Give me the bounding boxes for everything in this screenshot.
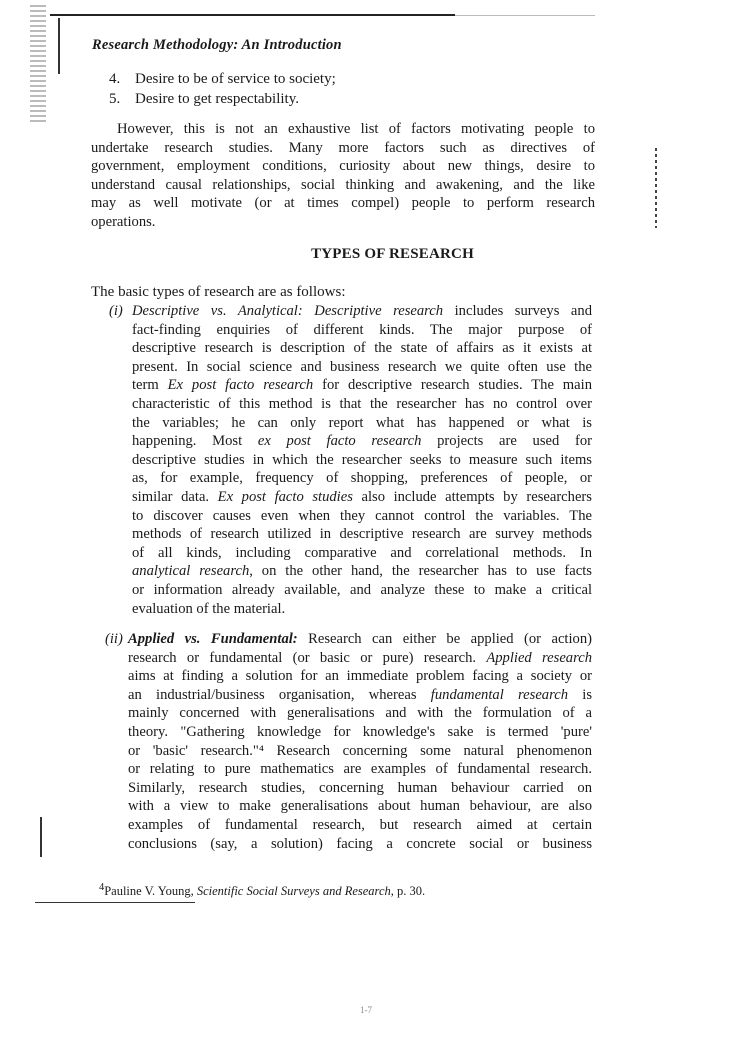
text-line: as, for example, frequency of shopping, …	[132, 469, 592, 488]
text: research or fundamental (or basic or pur…	[128, 650, 486, 666]
text: methods of research utilized in descript…	[132, 526, 592, 542]
footnote-tail: , p. 30.	[391, 884, 425, 898]
text-line: or information already available, and an…	[132, 581, 592, 600]
text: as, for example, frequency of shopping, …	[132, 470, 592, 486]
italic-text: ex post facto research	[258, 433, 422, 449]
text-line: present. In social science and business …	[132, 358, 592, 377]
text: an industrial/business organisation, whe…	[128, 687, 431, 703]
text-line: term Ex post facto research for descript…	[132, 376, 592, 395]
text: fact-finding enquiries of different kind…	[132, 322, 592, 338]
item-marker: (ii)	[105, 631, 123, 648]
text-line: examples of fundamental research, but re…	[128, 816, 592, 835]
text: to discover causes even when they cannot…	[132, 508, 592, 524]
running-head: Research Methodology: An Introduction	[92, 37, 342, 54]
text: mainly concerned with generalisations an…	[128, 705, 592, 721]
text-line: Applied vs. Fundamental: Research can ei…	[128, 630, 592, 649]
binding-shadow	[30, 5, 46, 125]
text-line: operations.	[91, 213, 595, 232]
italic-text: Descriptive research	[314, 303, 443, 319]
text: the variables; he can only report what h…	[132, 415, 592, 431]
text-line: fact-finding enquiries of different kind…	[132, 321, 592, 340]
text: , on the other hand, the researcher has …	[249, 563, 592, 579]
text-line: of all kinds, including comparative and …	[132, 544, 592, 563]
footnote: 4Pauline V. Young, Scientific Social Sur…	[99, 882, 425, 899]
list-text: Desire to get respectability.	[135, 91, 299, 107]
text: descriptive studies in which the researc…	[132, 452, 592, 468]
paragraph: However, this is not an exhaustive list …	[91, 120, 595, 232]
text-line: descriptive studies in which the researc…	[132, 451, 592, 470]
text-line: However, this is not an exhaustive list …	[91, 120, 595, 139]
footnote-title: Scientific Social Surveys and Research	[197, 884, 391, 898]
item-descriptive-analytical: Descriptive vs. Analytical: Descriptive …	[132, 302, 592, 618]
text: characteristic of this method is that th…	[132, 396, 592, 412]
italic-text: analytical research	[132, 563, 249, 579]
italic-text: Ex post facto studies	[218, 489, 353, 505]
text-line: mainly concerned with generalisations an…	[128, 704, 592, 723]
list-item: 4.Desire to be of service to society;	[109, 71, 336, 88]
margin-bar	[58, 18, 60, 74]
document-page: Research Methodology: An Introduction 4.…	[0, 0, 745, 1050]
item-title: Applied vs. Fundamental:	[128, 631, 298, 647]
text: aims at finding a solution for an immedi…	[128, 668, 592, 684]
text: projects are used for	[421, 433, 592, 449]
text: or relating to pure mathematics are exam…	[128, 761, 592, 777]
list-text: Desire to be of service to society;	[135, 71, 336, 87]
text-line: Descriptive vs. Analytical: Descriptive …	[132, 302, 592, 321]
italic-text: fundamental research	[431, 687, 568, 703]
item-applied-fundamental: Applied vs. Fundamental: Research can ei…	[128, 630, 592, 853]
line-content: Descriptive research includes surveys an…	[314, 303, 592, 319]
text-line: an industrial/business organisation, whe…	[128, 686, 592, 705]
page-folio: 1-7	[360, 1005, 372, 1015]
text: for descriptive research studies. The ma…	[313, 377, 592, 393]
text-line: conclusions (say, a solution) facing a c…	[128, 835, 592, 854]
text: present. In social science and business …	[132, 359, 592, 375]
text: is	[568, 687, 592, 703]
text-line: undertake research studies. Many more fa…	[91, 139, 595, 158]
text: happening. Most	[132, 433, 258, 449]
italic-text: Ex post facto research	[168, 377, 314, 393]
text-line: methods of research utilized in descript…	[132, 525, 592, 544]
text: conclusions (say, a solution) facing a c…	[128, 836, 592, 852]
text-line: characteristic of this method is that th…	[132, 395, 592, 414]
text: examples of fundamental research, but re…	[128, 817, 592, 833]
text-line: happening. Most ex post facto research p…	[132, 432, 592, 451]
text: similar data.	[132, 489, 218, 505]
italic-text: Applied research	[486, 650, 592, 666]
intro-line: The basic types of research are as follo…	[91, 284, 345, 301]
text-line: analytical research, on the other hand, …	[132, 562, 592, 581]
text: theory. "Gathering knowledge for knowled…	[128, 724, 592, 740]
text-line: evaluation of the material.	[132, 600, 592, 619]
text-line: aims at finding a solution for an immedi…	[128, 667, 592, 686]
text: of all kinds, including comparative and …	[132, 545, 592, 561]
text-line: the variables; he can only report what h…	[132, 414, 592, 433]
text: also include attempts by researchers	[353, 489, 592, 505]
text-line: with a view to make generalisations abou…	[128, 797, 592, 816]
line-content: Research can either be applied (or actio…	[308, 631, 592, 647]
text-line: Similarly, research studies, concerning …	[128, 779, 592, 798]
margin-mark	[655, 148, 657, 228]
text-line: theory. "Gathering knowledge for knowled…	[128, 723, 592, 742]
text-line: similar data. Ex post facto studies also…	[132, 488, 592, 507]
text-line: descriptive research is description of t…	[132, 339, 592, 358]
text: term	[132, 377, 168, 393]
text: Research can either be applied (or actio…	[308, 631, 592, 647]
item-marker: (i)	[109, 303, 123, 320]
list-number: 5.	[109, 91, 135, 108]
text-line: government, employment conditions, curio…	[91, 157, 595, 176]
text: with a view to make generalisations abou…	[128, 798, 592, 814]
text-line: may as well motivate (or at times compel…	[91, 194, 595, 213]
footnote-rule	[35, 902, 195, 903]
text-line: research or fundamental (or basic or pur…	[128, 649, 592, 668]
text: descriptive research is description of t…	[132, 340, 592, 356]
top-rule	[50, 14, 455, 16]
text: evaluation of the material.	[132, 601, 285, 617]
list-item: 5.Desire to get respectability.	[109, 91, 299, 108]
list-number: 4.	[109, 71, 135, 88]
margin-mark	[40, 817, 42, 857]
section-heading: TYPES OF RESEARCH	[0, 246, 745, 263]
text-line: to discover causes even when they cannot…	[132, 507, 592, 526]
text-line: or relating to pure mathematics are exam…	[128, 760, 592, 779]
text: includes surveys and	[443, 303, 592, 319]
footnote-author: Pauline V. Young,	[104, 884, 197, 898]
text: or information already available, and an…	[132, 582, 592, 598]
item-title: Descriptive vs. Analytical:	[132, 303, 303, 319]
text-line: understand causal relationships, social …	[91, 176, 595, 195]
top-rule-faint	[455, 15, 595, 16]
text: Similarly, research studies, concerning …	[128, 780, 592, 796]
text-line: or 'basic' research."⁴ Research concerni…	[128, 742, 592, 761]
text: or 'basic' research."⁴ Research concerni…	[128, 743, 592, 759]
